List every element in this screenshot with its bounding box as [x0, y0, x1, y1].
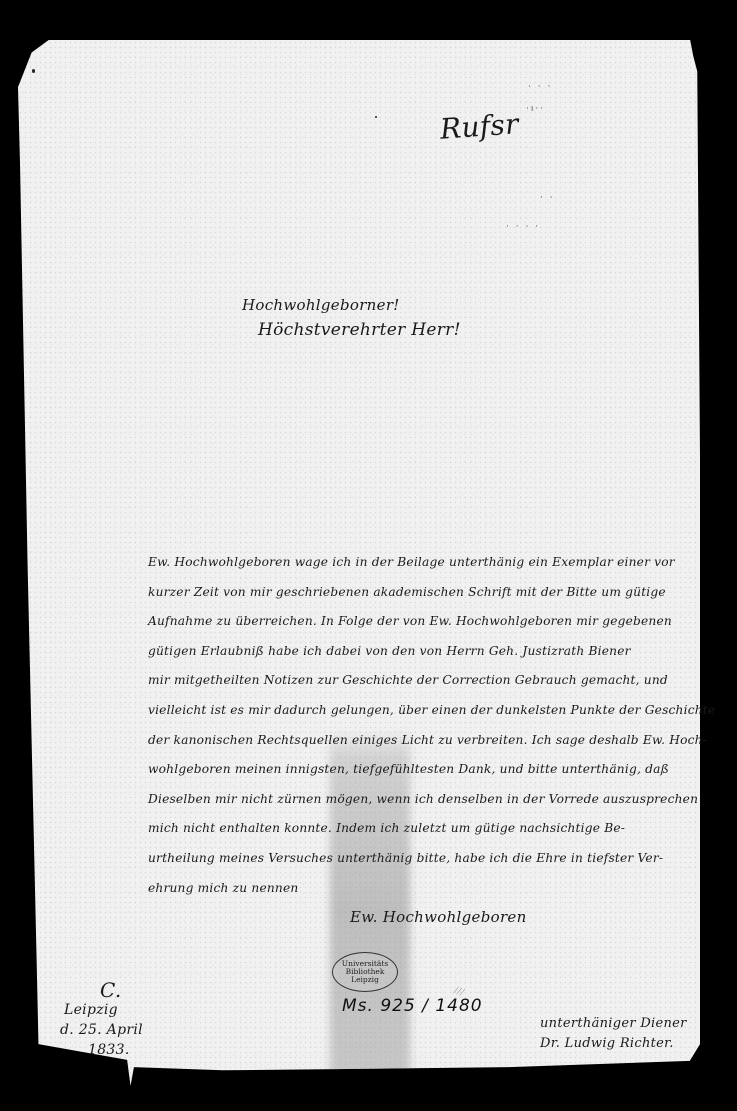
closing-formula: Ew. Hochwohlgeboren	[350, 908, 527, 926]
faint-pencil-marks: · · · ·	[506, 222, 540, 232]
body-line: wohlgeboren meinen innigsten, tiefgefühl…	[148, 755, 708, 785]
ink-speck	[375, 116, 377, 118]
place-date-line: 1833.	[60, 1040, 143, 1060]
salutation-line-2: Höchstverehrter Herr!	[258, 320, 461, 340]
faint-pencil-marks: · ·	[540, 193, 555, 203]
body-line: vielleicht ist es mir dadurch gelungen, …	[148, 696, 708, 726]
body-line: Dieselben mir nicht zürnen mögen, wenn i…	[148, 785, 708, 815]
signature-block: unterthäniger Diener Dr. Ludwig Richter.	[540, 1014, 687, 1054]
letter-body: Ew. Hochwohlgeboren wage ich in der Beil…	[148, 548, 708, 903]
place-date-line: Leipzig	[60, 1000, 143, 1020]
body-line: Aufnahme zu überreichen. In Folge der vo…	[148, 607, 708, 637]
body-line: urtheilung meines Versuches unterthänig …	[148, 844, 708, 874]
faint-pencil-marks: · · ·	[528, 82, 552, 92]
body-line: mir mitgetheilten Notizen zur Geschichte…	[148, 666, 708, 696]
body-line: der kanonischen Rechtsquellen einiges Li…	[148, 726, 708, 756]
body-line: mich nicht enthalten konnte. Indem ich z…	[148, 814, 708, 844]
stamp-line: Leipzig	[351, 976, 379, 984]
body-line: Ew. Hochwohlgeboren wage ich in der Beil…	[148, 548, 708, 578]
faint-pencil-marks: ·ı··	[526, 104, 545, 114]
signature-line: Dr. Ludwig Richter.	[540, 1034, 687, 1054]
ink-speck	[32, 69, 35, 73]
place-date-line: d. 25. April	[60, 1020, 143, 1040]
body-line: ehrung mich zu nennen	[148, 874, 708, 904]
signature-line: unterthäniger Diener	[540, 1014, 687, 1034]
body-line: gütigen Erlaubniß habe ich dabei von den…	[148, 637, 708, 667]
body-line: kurzer Zeit von mir geschriebenen akadem…	[148, 578, 708, 608]
library-stamp: Universitäts Bibliothek Leipzig	[332, 952, 398, 992]
salutation-line-1: Hochwohlgeborner!	[242, 296, 400, 314]
place-and-date: C. Leipzig d. 25. April 1833.	[60, 980, 143, 1060]
place-date-line: C.	[60, 980, 143, 1000]
archive-mark: Rufsr	[439, 107, 520, 145]
